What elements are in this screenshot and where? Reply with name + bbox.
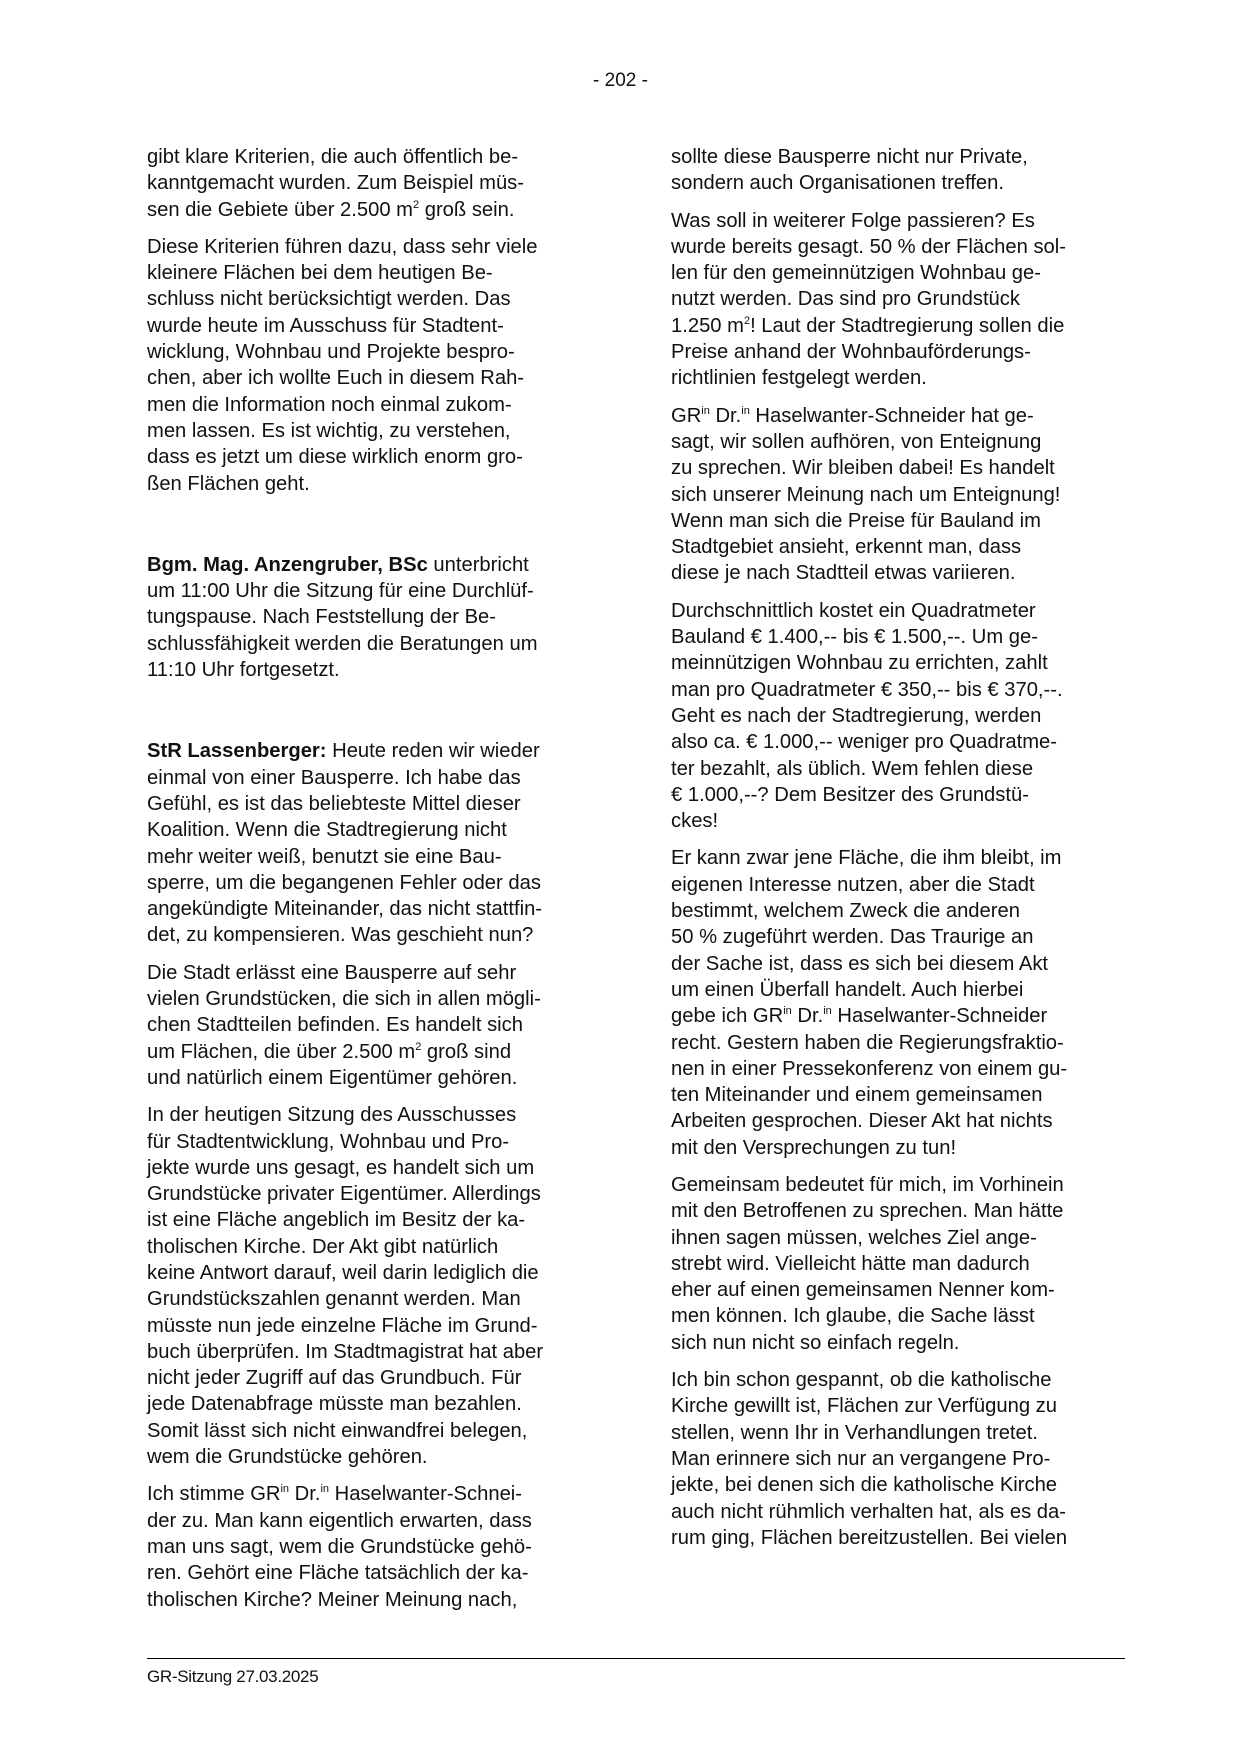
paragraph: gibt klare Kriterien, die auch öffentlic… xyxy=(147,144,597,223)
text-line: Arbeiten gesprochen. Dieser Akt hat nich… xyxy=(671,1108,1121,1134)
text-line: tholischen Kirche. Der Akt gibt natürlic… xyxy=(147,1234,597,1260)
text-line: wicklung, Wohnbau und Projekte bespro- xyxy=(147,339,597,365)
paragraph: Ich stimme GRin Dr.in Haselwanter-Schnei… xyxy=(147,1481,597,1612)
text-line: Ich stimme GRin Dr.in Haselwanter-Schnei… xyxy=(147,1481,597,1507)
text-line: Bauland € 1.400,-- bis € 1.500,--. Um ge… xyxy=(671,624,1121,650)
speaker-name: Bgm. Mag. Anzengruber, BSc xyxy=(147,554,428,576)
superscript: in xyxy=(280,1483,289,1495)
text-line: wurde bereits gesagt. 50 % der Flächen s… xyxy=(671,234,1121,260)
text-line: ckes! xyxy=(671,808,1121,834)
text-line: sperre, um die begangenen Fehler oder da… xyxy=(147,870,597,896)
text-line: Geht es nach der Stadtregierung, werden xyxy=(671,703,1121,729)
text-line: Grundstücke privater Eigentümer. Allerdi… xyxy=(147,1181,597,1207)
text-line: Die Stadt erlässt eine Bausperre auf seh… xyxy=(147,960,597,986)
text-line: der Sache ist, dass es sich bei diesem A… xyxy=(671,951,1121,977)
text-line: men lassen. Es ist wichtig, zu verstehen… xyxy=(147,418,597,444)
text-line: mit den Versprechungen zu tun! xyxy=(671,1135,1121,1161)
text-line: und natürlich einem Eigentümer gehören. xyxy=(147,1065,597,1091)
paragraph-speaker-anzengruber: Bgm. Mag. Anzengruber, BSc unterbricht u… xyxy=(147,552,597,683)
text-line: strebt wird. Vielleicht hätte man dadurc… xyxy=(671,1251,1121,1277)
text-line: Koalition. Wenn die Stadtregierung nicht xyxy=(147,817,597,843)
text-line: chen Stadtteilen befinden. Es handelt si… xyxy=(147,1012,597,1038)
text-line: für Stadtentwicklung, Wohnbau und Pro- xyxy=(147,1129,597,1155)
text-line: Ich bin schon gespannt, ob die katholisc… xyxy=(671,1367,1121,1393)
superscript: in xyxy=(823,1005,832,1017)
text-line: len für den gemeinnützigen Wohnbau ge- xyxy=(671,260,1121,286)
text-line: eher auf einen gemeinsamen Nenner kom- xyxy=(671,1277,1121,1303)
text-line: gibt klare Kriterien, die auch öffentlic… xyxy=(147,144,597,170)
text-line: rum ging, Flächen bereitzustellen. Bei v… xyxy=(671,1525,1121,1551)
footer-text: GR-Sitzung 27.03.2025 xyxy=(147,1667,318,1687)
paragraph: Er kann zwar jene Fläche, die ihm bleibt… xyxy=(671,845,1121,1161)
left-column: gibt klare Kriterien, die auch öffentlic… xyxy=(147,144,597,1624)
text-line: chen, aber ich wollte Euch in diesem Rah… xyxy=(147,365,597,391)
text-line: mit den Betroffenen zu sprechen. Man hät… xyxy=(671,1198,1121,1224)
text-line: Diese Kriterien führen dazu, dass sehr v… xyxy=(147,234,597,260)
text-line: kleinere Flächen bei dem heutigen Be- xyxy=(147,260,597,286)
text-line: man uns sagt, wem die Grundstücke gehö- xyxy=(147,1534,597,1560)
text-line: ren. Gehört eine Fläche tatsächlich der … xyxy=(147,1560,597,1586)
text-line: nen in einer Pressekonferenz von einem g… xyxy=(671,1056,1121,1082)
text-line: Kirche gewillt ist, Flächen zur Verfügun… xyxy=(671,1393,1121,1419)
paragraph: Diese Kriterien führen dazu, dass sehr v… xyxy=(147,234,597,497)
text-line: recht. Gestern haben die Regierungsfrakt… xyxy=(671,1030,1121,1056)
spacer xyxy=(147,694,597,738)
right-column: sollte diese Bausperre nicht nur Private… xyxy=(671,144,1121,1562)
text-line: ter bezahlt, als üblich. Wem fehlen dies… xyxy=(671,756,1121,782)
text-line: der zu. Man kann eigentlich erwarten, da… xyxy=(147,1508,597,1534)
text-line: man pro Quadratmeter € 350,-- bis € 370,… xyxy=(671,677,1121,703)
text-line: Grundstückszahlen genannt werden. Man xyxy=(147,1286,597,1312)
text-line: ßen Flächen geht. xyxy=(147,471,597,497)
footer-divider xyxy=(147,1658,1125,1659)
paragraph: Was soll in weiterer Folge passieren? Es… xyxy=(671,208,1121,392)
text-line: GRin Dr.in Haselwanter-Schneider hat ge- xyxy=(671,403,1121,429)
spacer xyxy=(147,508,597,552)
text-line: um 11:00 Uhr die Sitzung für eine Durchl… xyxy=(147,578,597,604)
text-line: 11:10 Uhr fortgesetzt. xyxy=(147,657,597,683)
text-line: In der heutigen Sitzung des Ausschusses xyxy=(147,1102,597,1128)
text-line: Stadtgebiet ansieht, erkennt man, dass xyxy=(671,534,1121,560)
text-line: Er kann zwar jene Fläche, die ihm bleibt… xyxy=(671,845,1121,871)
text-line: schluss nicht berücksichtigt werden. Das xyxy=(147,286,597,312)
text-line: jekte wurde uns gesagt, es handelt sich … xyxy=(147,1155,597,1181)
text-line: richtlinien festgelegt werden. xyxy=(671,365,1121,391)
text-line: müsste nun jede einzelne Fläche im Grund… xyxy=(147,1313,597,1339)
text-line: kanntgemacht wurden. Zum Beispiel müs- xyxy=(147,170,597,196)
text-line: tholischen Kirche? Meiner Meinung nach, xyxy=(147,1587,597,1613)
text-line: sollte diese Bausperre nicht nur Private… xyxy=(671,144,1121,170)
text-line: wem die Grundstücke gehören. xyxy=(147,1444,597,1470)
text-line: Was soll in weiterer Folge passieren? Es xyxy=(671,208,1121,234)
text-line: 1.250 m2! Laut der Stadtregierung sollen… xyxy=(671,313,1121,339)
text-line: diese je nach Stadtteil etwas variieren. xyxy=(671,560,1121,586)
text-line: schlussfähigkeit werden die Beratungen u… xyxy=(147,631,597,657)
text-line: nutzt werden. Das sind pro Grundstück xyxy=(671,286,1121,312)
text-line: 50 % zugeführt werden. Das Traurige an xyxy=(671,924,1121,950)
paragraph: In der heutigen Sitzung des Ausschusses … xyxy=(147,1102,597,1470)
text-line: € 1.000,--? Dem Besitzer des Grundstü- xyxy=(671,782,1121,808)
paragraph: Die Stadt erlässt eine Bausperre auf seh… xyxy=(147,960,597,1091)
text-line: auch nicht rühmlich verhalten hat, als e… xyxy=(671,1499,1121,1525)
text-line: stellen, wenn Ihr in Verhandlungen trete… xyxy=(671,1420,1121,1446)
text-line: einmal von einer Bausperre. Ich habe das xyxy=(147,765,597,791)
text-line: StR Lassenberger: Heute reden wir wieder xyxy=(147,738,597,764)
text-line: um einen Überfall handelt. Auch hierbei xyxy=(671,977,1121,1003)
text-line: Gemeinsam bedeutet für mich, im Vorhinei… xyxy=(671,1172,1121,1198)
text-line: sagt, wir sollen aufhören, von Enteignun… xyxy=(671,429,1121,455)
text-line: det, zu kompensieren. Was geschieht nun? xyxy=(147,922,597,948)
text-line: jede Datenabfrage müsste man bezahlen. xyxy=(147,1391,597,1417)
text-line: nicht jeder Zugriff auf das Grundbuch. F… xyxy=(147,1365,597,1391)
text-line: also ca. € 1.000,-- weniger pro Quadratm… xyxy=(671,729,1121,755)
text-line: buch überprüfen. Im Stadtmagistrat hat a… xyxy=(147,1339,597,1365)
text-line: Wenn man sich die Preise für Bauland im xyxy=(671,508,1121,534)
text-line: Somit lässt sich nicht einwandfrei beleg… xyxy=(147,1418,597,1444)
text-line: ihnen sagen müssen, welches Ziel ange- xyxy=(671,1225,1121,1251)
text-line: sich nun nicht so einfach regeln. xyxy=(671,1330,1121,1356)
text-line: Man erinnere sich nur an vergangene Pro- xyxy=(671,1446,1121,1472)
superscript: in xyxy=(783,1005,792,1017)
paragraph: Gemeinsam bedeutet für mich, im Vorhinei… xyxy=(671,1172,1121,1356)
text-line: men die Information noch einmal zukom- xyxy=(147,392,597,418)
paragraph: Durchschnittlich kostet ein Quadratmeter… xyxy=(671,598,1121,835)
text-line: gebe ich GRin Dr.in Haselwanter-Schneide… xyxy=(671,1003,1121,1029)
text-line: tungspause. Nach Feststellung der Be- xyxy=(147,604,597,630)
text-line: sondern auch Organisationen treffen. xyxy=(671,170,1121,196)
text-line: keine Antwort darauf, weil darin ledigli… xyxy=(147,1260,597,1286)
text-line: Durchschnittlich kostet ein Quadratmeter xyxy=(671,598,1121,624)
text-line: eigenen Interesse nutzen, aber die Stadt xyxy=(671,872,1121,898)
paragraph: sollte diese Bausperre nicht nur Private… xyxy=(671,144,1121,197)
text-line: sich unserer Meinung nach um Enteignung! xyxy=(671,482,1121,508)
superscript: in xyxy=(741,405,750,417)
superscript: in xyxy=(701,405,710,417)
paragraph: GRin Dr.in Haselwanter-Schneider hat ge-… xyxy=(671,403,1121,587)
text-line: zu sprechen. Wir bleiben dabei! Es hande… xyxy=(671,455,1121,481)
text-line: Gefühl, es ist das beliebteste Mittel di… xyxy=(147,791,597,817)
text-line: Bgm. Mag. Anzengruber, BSc unterbricht xyxy=(147,552,597,578)
paragraph: Ich bin schon gespannt, ob die katholisc… xyxy=(671,1367,1121,1551)
text-line: bestimmt, welchem Zweck die anderen xyxy=(671,898,1121,924)
text-line: ist eine Fläche angeblich im Besitz der … xyxy=(147,1207,597,1233)
text-line: wurde heute im Ausschuss für Stadtent- xyxy=(147,313,597,339)
text-line: um Flächen, die über 2.500 m2 groß sind xyxy=(147,1039,597,1065)
text-line: mehr weiter weiß, benutzt sie eine Bau- xyxy=(147,844,597,870)
text-line: Preise anhand der Wohnbauförderungs- xyxy=(671,339,1121,365)
text-line: meinnützigen Wohnbau zu errichten, zahlt xyxy=(671,650,1121,676)
text-line: angekündigte Miteinander, das nicht stat… xyxy=(147,896,597,922)
text-line: vielen Grundstücken, die sich in allen m… xyxy=(147,986,597,1012)
text-line: dass es jetzt um diese wirklich enorm gr… xyxy=(147,444,597,470)
speaker-name: StR Lassenberger: xyxy=(147,740,327,762)
text-line: sen die Gebiete über 2.500 m2 groß sein. xyxy=(147,197,597,223)
paragraph-speaker-lassenberger: StR Lassenberger: Heute reden wir wieder… xyxy=(147,738,597,948)
superscript: in xyxy=(320,1483,329,1495)
page-number: - 202 - xyxy=(0,70,1241,92)
text-line: jekte, bei denen sich die katholische Ki… xyxy=(671,1472,1121,1498)
text-line: men können. Ich glaube, die Sache lässt xyxy=(671,1303,1121,1329)
text-line: ten Miteinander und einem gemeinsamen xyxy=(671,1082,1121,1108)
